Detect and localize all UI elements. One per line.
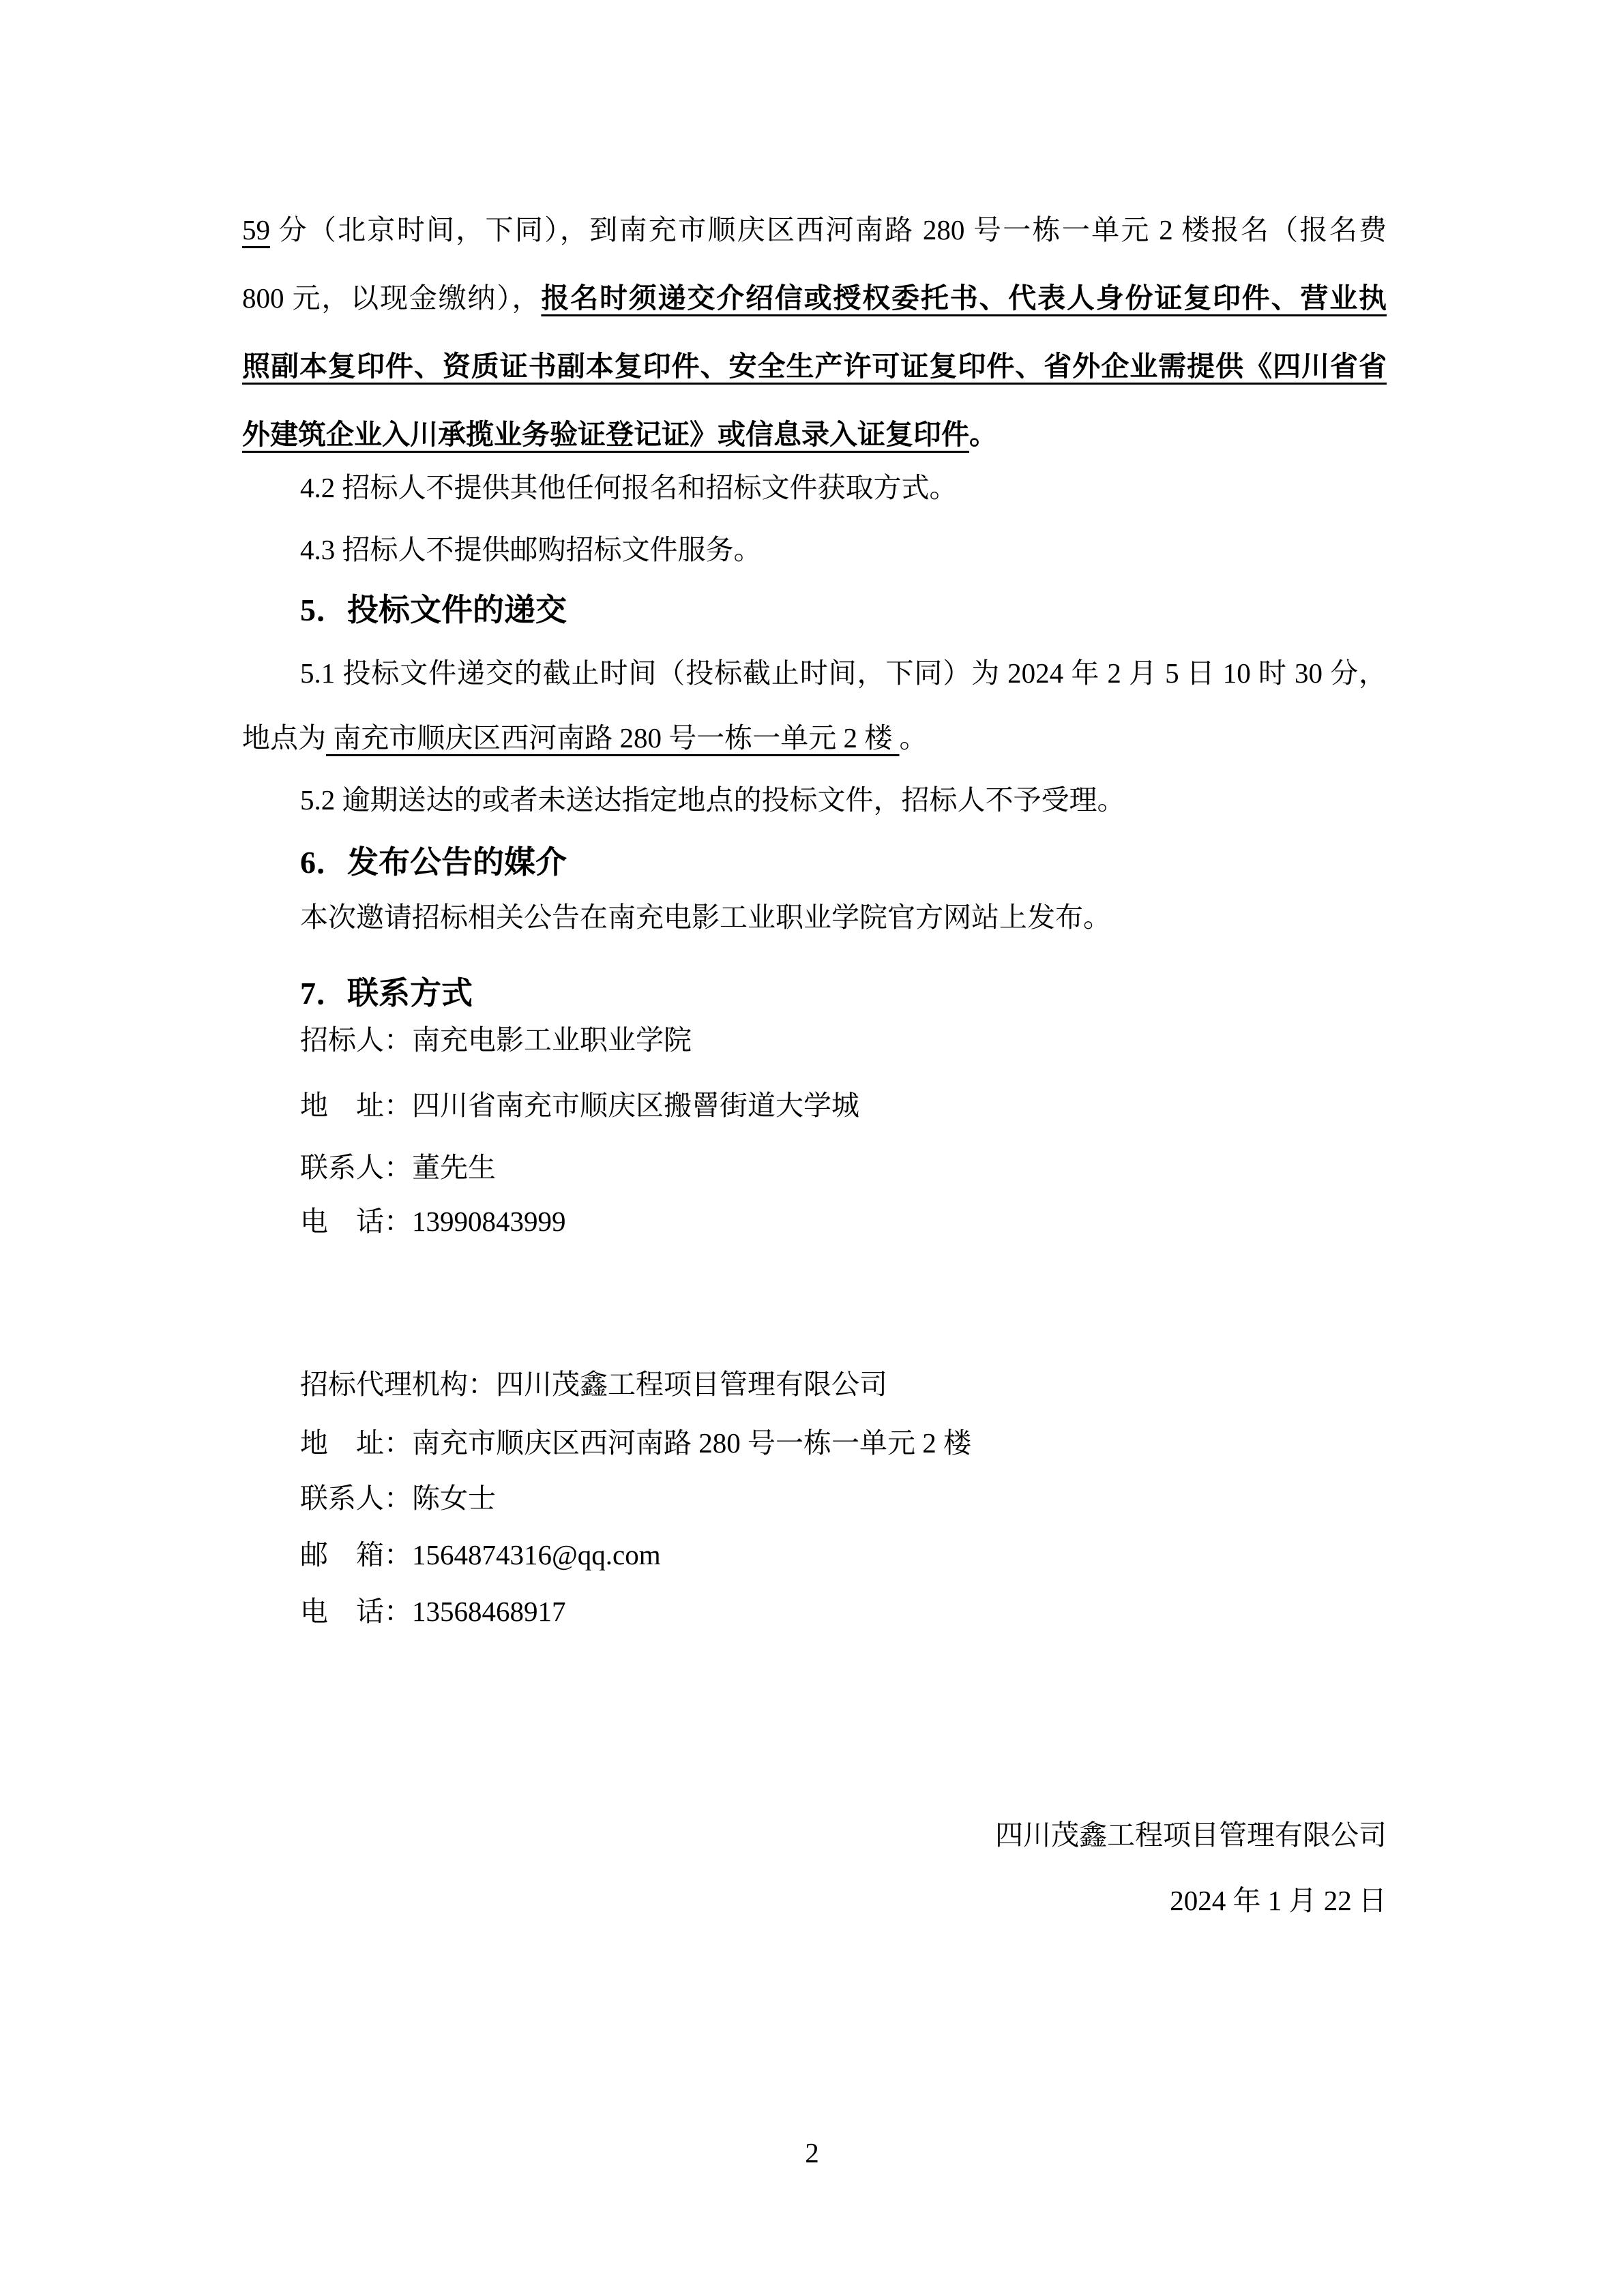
tenderer-name-label: 招标人：: [300, 1024, 412, 1056]
tenderer-phone-line: 电 话：13990843999: [242, 1204, 1387, 1239]
agency-contact-label: 联系人：: [300, 1482, 412, 1514]
agency-phone-value: 13568468917: [412, 1596, 566, 1627]
agency-email-label: 邮 箱：: [300, 1539, 412, 1570]
tenderer-contact-line: 联系人：董先生: [242, 1150, 1387, 1185]
registration-line-2-normal: 800 元，以现金缴纳），: [242, 282, 541, 314]
section-5-heading: 5．投标文件的递交: [242, 591, 1387, 630]
submission-place-period: 。: [900, 722, 928, 754]
section-6-heading: 6．发布公告的媒介: [242, 843, 1387, 882]
page-number: 2: [0, 2136, 1624, 2171]
tenderer-name-value: 南充电影工业职业学院: [412, 1024, 692, 1056]
agency-org-label: 招标代理机构：: [300, 1369, 496, 1400]
clause-4-2: 4.2 招标人不提供其他任何报名和招标文件获取方式。: [242, 471, 1387, 505]
tenderer-address-line: 地 址：四川省南充市顺庆区搬罾街道大学城: [242, 1088, 1387, 1123]
agency-contact-line: 联系人：陈女士: [242, 1481, 1387, 1516]
registration-paragraph-line-1: 59 分（北京时间，下同），到南充市顺庆区西河南路 280 号一栋一单元 2 楼…: [242, 213, 1387, 248]
clause-5-1-continuation: 地点为 南充市顺庆区西河南路 280 号一栋一单元 2 楼 。: [242, 721, 1387, 756]
submission-place-prefix: 地点为: [242, 722, 326, 754]
agency-phone-line: 电 话：13568468917: [242, 1594, 1387, 1629]
registration-paragraph-line-4: 外建筑企业入川承揽业务验证登记证》或信息录入证复印件。: [242, 417, 1387, 452]
registration-line-4-period: 。: [969, 419, 997, 450]
agency-email-value: 1564874316@qq.com: [412, 1539, 661, 1570]
signature-date: 2024 年 1 月 22 日: [242, 1883, 1387, 1918]
registration-line-2-bold-underlined: 报名时须递交介绍信或授权委托书、代表人身份证复印件、营业执: [541, 282, 1387, 314]
agency-email-line: 邮 箱：1564874316@qq.com: [242, 1538, 1387, 1572]
agency-phone-label: 电 话：: [300, 1596, 412, 1627]
clause-5-1: 5.1 投标文件递交的截止时间（投标截止时间，下同）为 2024 年 2 月 5…: [242, 656, 1387, 691]
signature-company: 四川茂鑫工程项目管理有限公司: [242, 1818, 1387, 1853]
clause-5-2: 5.2 逾期送达的或者未送达指定地点的投标文件，招标人不予受理。: [242, 783, 1387, 818]
document-page: 59 分（北京时间，下同），到南充市顺庆区西河南路 280 号一栋一单元 2 楼…: [0, 0, 1624, 2296]
agency-org-line: 招标代理机构：四川茂鑫工程项目管理有限公司: [242, 1367, 1387, 1402]
tenderer-address-label: 地 址：: [300, 1090, 412, 1121]
submission-place-underlined: 南充市顺庆区西河南路 280 号一栋一单元 2 楼: [326, 722, 900, 754]
tenderer-name-line: 招标人：南充电影工业职业学院: [242, 1023, 1387, 1058]
registration-line-3-bold-underlined: 照副本复印件、资质证书副本复印件、安全生产许可证复印件、省外企业需提供《四川省省: [242, 351, 1387, 382]
agency-org-value: 四川茂鑫工程项目管理有限公司: [496, 1369, 887, 1400]
agency-address-label: 地 址：: [300, 1427, 412, 1459]
tenderer-contact-value: 董先生: [412, 1152, 496, 1183]
registration-line-1-text: 分（北京时间，下同），到南充市顺庆区西河南路 280 号一栋一单元 2 楼报名（…: [270, 214, 1387, 245]
registration-paragraph-line-3: 照副本复印件、资质证书副本复印件、安全生产许可证复印件、省外企业需提供《四川省省: [242, 349, 1387, 384]
tenderer-phone-value: 13990843999: [412, 1206, 566, 1237]
tenderer-address-value: 四川省南充市顺庆区搬罾街道大学城: [412, 1090, 859, 1121]
clause-4-3: 4.3 招标人不提供邮购招标文件服务。: [242, 533, 1387, 567]
clause-6-body: 本次邀请招标相关公告在南充电影工业职业学院官方网站上发布。: [242, 900, 1387, 935]
registration-line-4-bold-underlined: 外建筑企业入川承揽业务验证登记证》或信息录入证复印件: [242, 419, 969, 450]
section-7-heading: 7．联系方式: [242, 974, 1387, 1013]
agency-address-value: 南充市顺庆区西河南路 280 号一栋一单元 2 楼: [412, 1427, 971, 1459]
tenderer-contact-label: 联系人：: [300, 1152, 412, 1183]
registration-minute-underlined: 59: [242, 214, 270, 245]
agency-contact-value: 陈女士: [412, 1482, 496, 1514]
registration-paragraph-line-2: 800 元，以现金缴纳），报名时须递交介绍信或授权委托书、代表人身份证复印件、营…: [242, 281, 1387, 316]
tenderer-phone-label: 电 话：: [300, 1206, 412, 1237]
agency-address-line: 地 址：南充市顺庆区西河南路 280 号一栋一单元 2 楼: [242, 1426, 1387, 1461]
